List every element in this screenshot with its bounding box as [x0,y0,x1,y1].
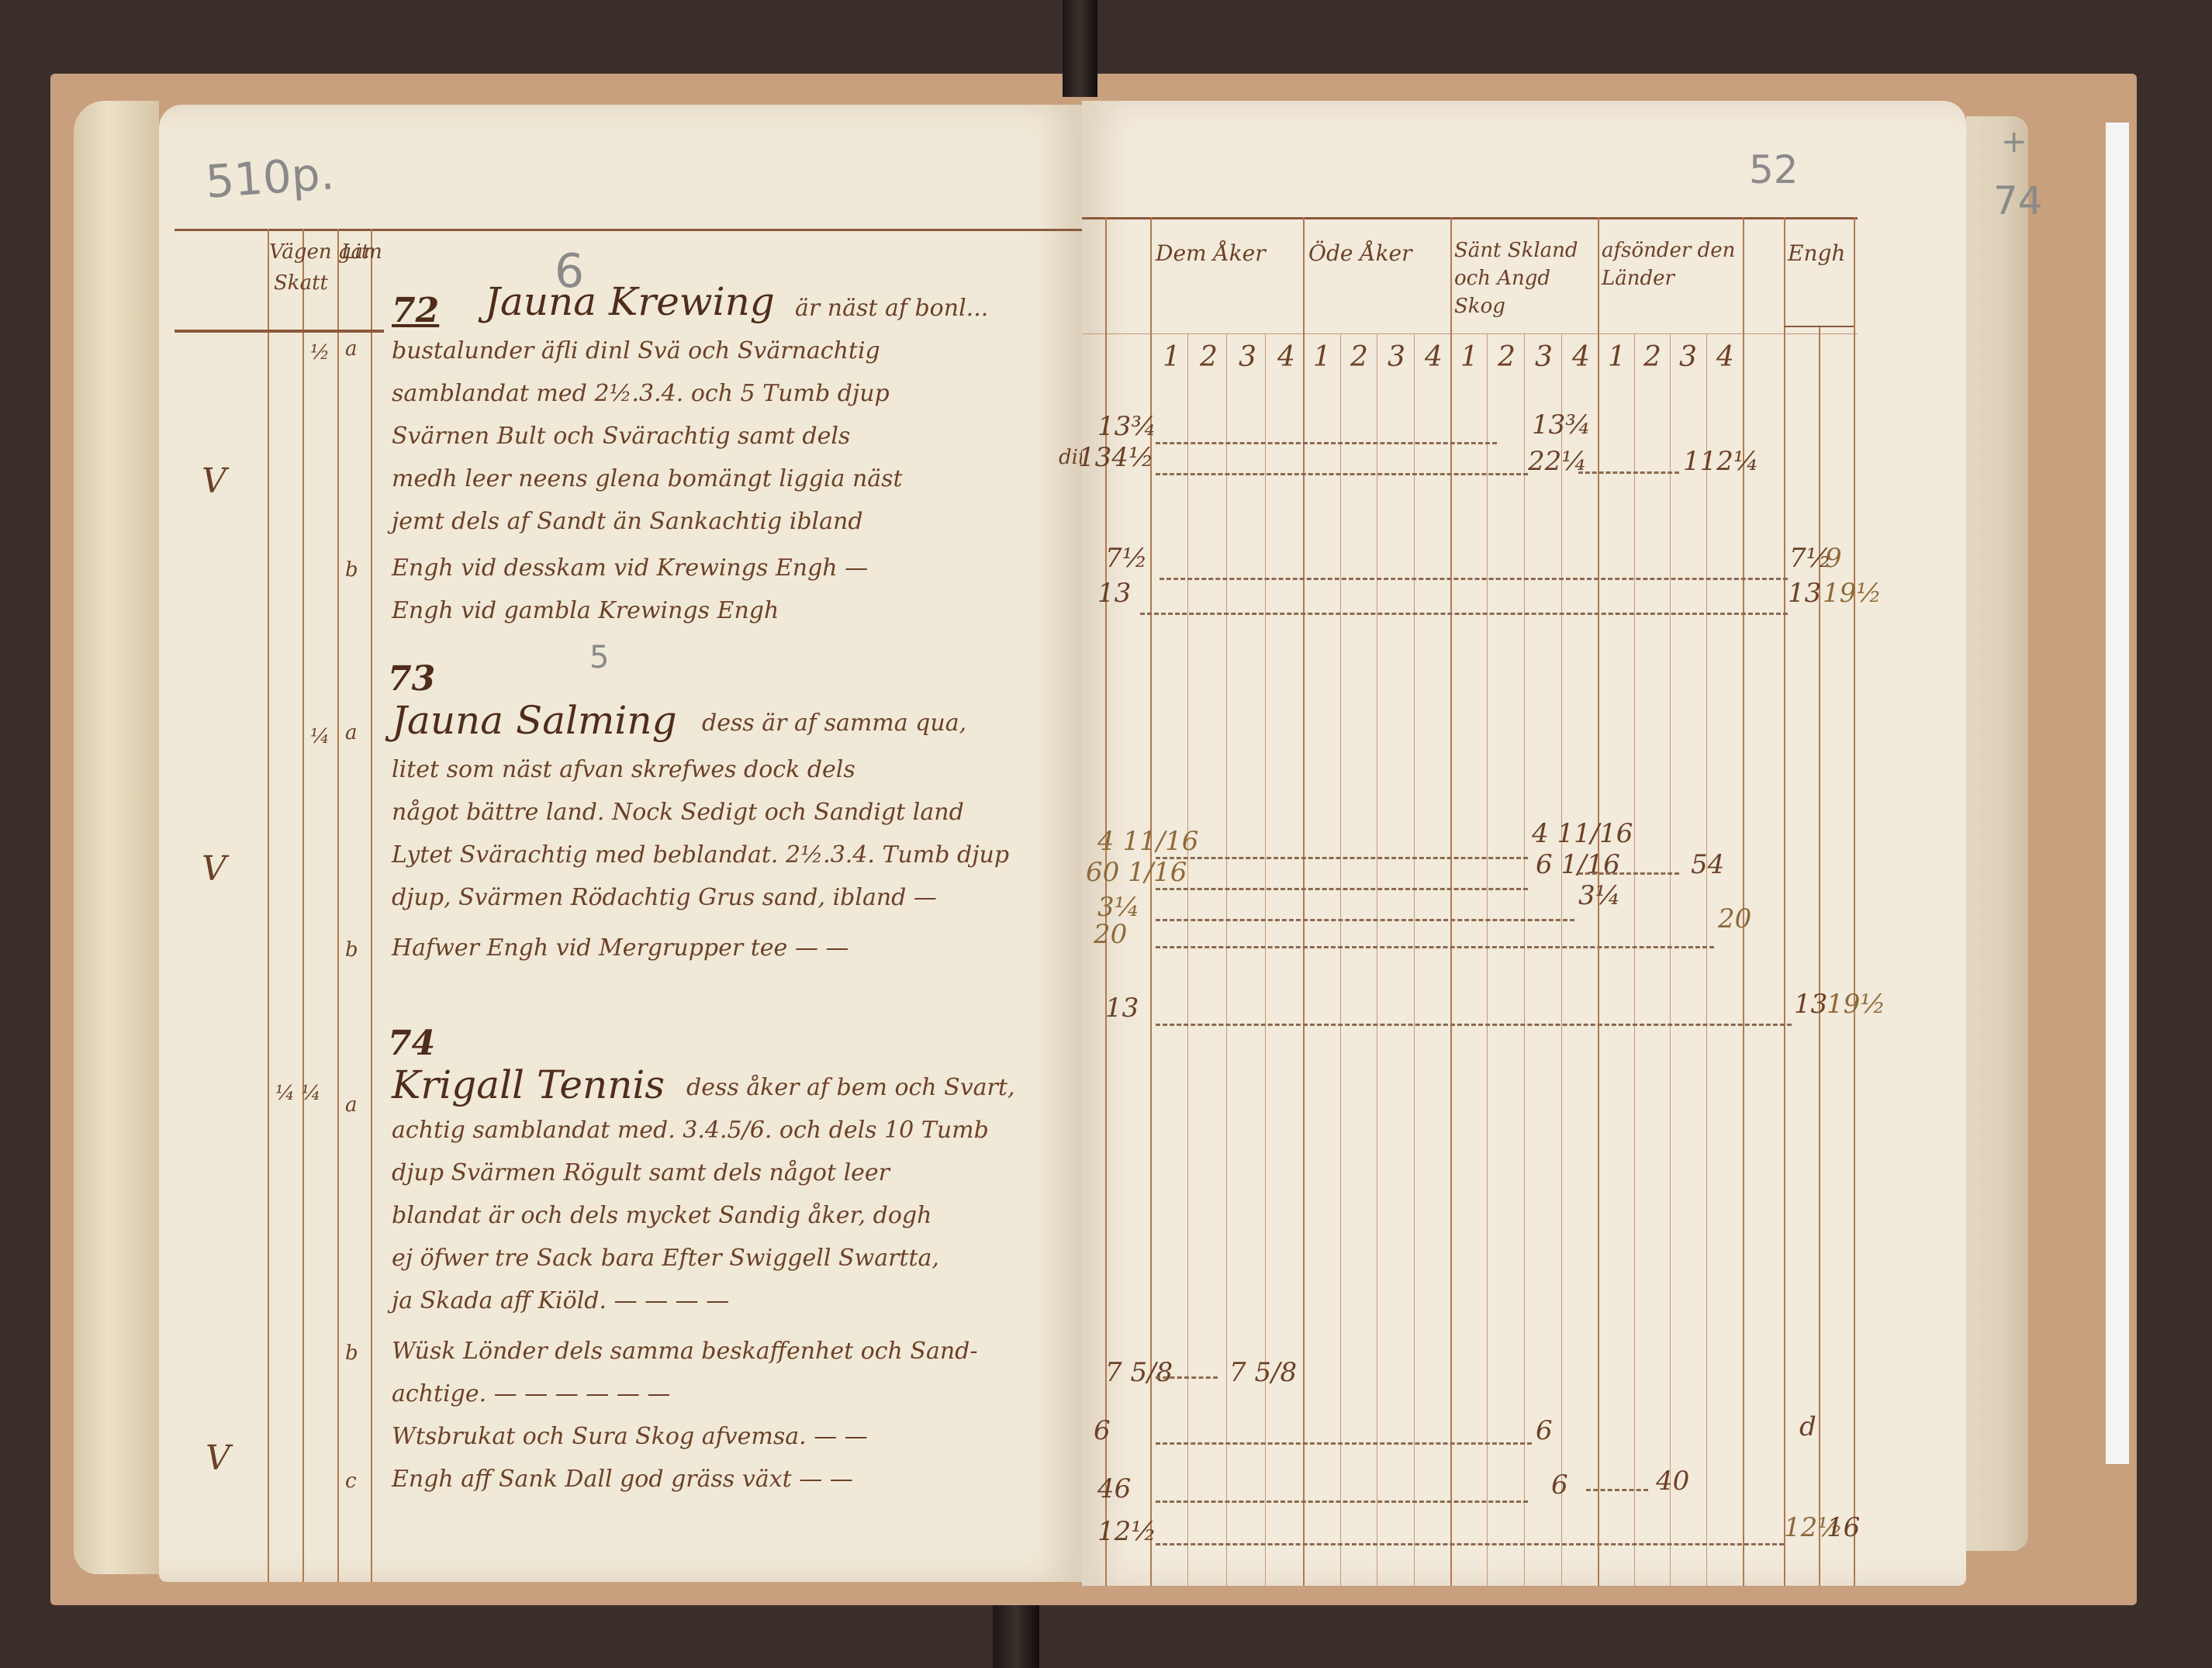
row-total: 3¼ [1097,892,1140,923]
group-line [1303,217,1305,1586]
subcolumn-number: 2 [1643,341,1661,373]
row-total: 7 5/8 [1105,1357,1173,1388]
margin-column-line-1 [268,229,269,1582]
subcolumn-line [1634,333,1635,1586]
cell-value: d [1799,1411,1816,1442]
subcolumn-number: 1 [1163,341,1180,373]
cell-value: 19½ [1823,578,1882,609]
engh-right-line [1854,217,1855,1586]
text-line: är näst af bonl... [795,295,988,322]
entry-number: 73 [388,659,435,699]
text-line: Wüsk Lönder dels samma beskaffenhet och … [392,1338,978,1365]
header-top-rule [1082,217,1858,219]
text-line: dess är af samma qua, [702,710,966,737]
cell-value: 3¼ [1578,880,1621,911]
book-spine-top [1063,0,1097,97]
cell-value: 19½ [1827,989,1885,1020]
group-line [1784,217,1785,1586]
cell-value: 13 [1794,989,1827,1020]
margin-column-line-3 [337,229,339,1582]
text-line: jemt dels af Sandt än Sankachtig ibland [392,508,863,535]
part-letter: c [345,1469,357,1493]
row-leader [1156,473,1528,475]
text-line: Svärnen Bult och Svärachtig samt dels [392,423,850,450]
row-leader [1578,471,1679,474]
margin-column-line-4 [371,229,372,1582]
pencil-folio-number: 52 [1749,147,1799,192]
subcolumn-line [1561,333,1562,1586]
row-leader [1156,946,1714,948]
cell-value: 6 [1551,1469,1568,1501]
subcolumn-number: 4 [1425,341,1443,373]
row-leader [1156,442,1497,444]
subcolumn-line [1226,333,1227,1586]
cell-value: 13¾ [1532,409,1591,440]
row-leader [1156,1376,1218,1379]
margin-fraction: ¼ [310,725,330,748]
row-total: 13¾ [1097,411,1156,442]
text-line: achtig samblandat med. 3.4.5/6. och dels… [392,1117,989,1144]
subcolumn-number: 1 [1608,341,1626,373]
cell-value: 4 11/16 [1532,818,1633,849]
row-total: 4 11/16 [1097,826,1198,857]
cell-value: 9 [1825,543,1842,574]
row-total: 6 [1094,1415,1111,1446]
text-line: Engh vid desskam vid Krewings Engh — [392,554,868,582]
subcolumn-number: 2 [1200,341,1218,373]
subcolumn-number: 2 [1498,341,1516,373]
column-header-engh: Engh [1788,240,1845,266]
cell-value: 7 5/8 [1229,1357,1297,1388]
subcolumn-line [1706,333,1707,1586]
entry-number: 72 [392,291,439,330]
text-line: litet som näst afvan skrefwes dock dels [392,756,855,783]
subcolumn-number: 4 [1716,341,1734,373]
part-letter: b [345,558,358,582]
subcolumn-line [1414,333,1415,1586]
row-leader [1578,872,1679,875]
subcolumn-number: 2 [1350,341,1368,373]
part-letter: b [345,938,358,962]
text-line: något bättre land. Nock Sedigt och Sandi… [392,799,964,826]
row-total: 13 [1097,578,1131,609]
subcolumn-line [1187,333,1188,1586]
text-line: Lytet Svärachtig med beblandat. 2½.3.4. … [392,841,1009,869]
subcolumn-line [1670,333,1671,1586]
pencil-mark: 5 [589,640,609,675]
text-line: Engh vid gambla Krewings Engh [392,597,779,624]
book-spine-bottom [993,1605,1039,1668]
cell-value: 16 [1827,1512,1860,1543]
text-line: Engh aff Sank Dall god gräss växt — — [392,1466,853,1493]
part-letter: a [345,337,358,361]
row-leader [1156,857,1528,859]
engh-header-underline [1784,326,1854,327]
row-leader [1160,578,1788,580]
row-leader [1156,1543,1784,1545]
cell-value: 40 [1656,1466,1689,1497]
subcolumn-number: 3 [1679,341,1697,373]
pencil-margin-number: 74 [1993,178,2043,223]
left-page: 510p. Vägen gam Skatt Lit 6 V V V 72 ½ a… [159,105,1082,1582]
row-total: 60 1/16 [1086,857,1187,888]
right-page: 52 + 74 Dem Åker Öde Åker Sänt Skland oc… [1082,101,1966,1586]
column-header-afsonder: afsönder den Länder [1602,237,1741,292]
text-line: bustalunder äfli dinl Svä och Svärnachti… [392,337,880,364]
subcolumn-number: 1 [1313,341,1331,373]
row-leader [1156,1024,1792,1026]
row-total: 134½ [1078,442,1154,473]
subcolumn-number: 3 [1535,341,1553,373]
cell-value: 6 [1536,1415,1553,1446]
column-header-dem-aker: Dem Åker [1156,240,1266,266]
group-line [1743,217,1744,1586]
row-total: 13 [1105,993,1139,1024]
row-leader [1156,888,1528,890]
cell-value: 6 1/16 [1536,849,1620,880]
subcolumn-number: 4 [1277,341,1295,373]
subcolumn-number: 4 [1572,341,1590,373]
margin-header-3: Lit [341,240,369,264]
text-line: achtige. — — — — — — [392,1380,670,1407]
text-line: samblandat med 2½.3.4. och 5 Tumb djup [392,380,890,407]
parcel-name: Jauna Salming [392,698,677,743]
text-line: ja Skada aff Kiöld. — — — — [392,1287,729,1314]
column-header-ode-aker: Öde Åker [1308,240,1412,266]
subcolumn-line [1340,333,1341,1586]
margin-column-line-2 [302,229,304,1582]
group-line [1450,217,1452,1586]
entry-number: 74 [388,1024,435,1063]
top-rule [175,229,1082,231]
margin-fraction: ¼ ¼ [275,1082,321,1105]
subcolumn-number: 1 [1460,341,1478,373]
header-bottom-rule [1082,333,1858,334]
row-leader [1156,1501,1528,1503]
text-line: Wtsbrukat och Sura Skog afvemsa. — — [392,1423,868,1450]
page-stack-right [1966,116,2028,1551]
text-line: djup, Svärmen Rödachtig Grus sand, iblan… [392,884,937,911]
check-mark-icon: V [206,1438,230,1478]
row-leader [1140,613,1788,615]
text-line: ej öfwer tre Sack bara Efter Swiggell Sw… [392,1245,939,1272]
subcolumn-line [1265,333,1266,1586]
row-total: 12½ [1097,1516,1156,1547]
cell-value: 13 [1788,578,1821,609]
cell-value: 112¼ [1683,446,1759,477]
subcolumn-line [1487,333,1488,1586]
part-letter: a [345,721,358,744]
check-mark-icon: V [202,461,226,501]
parcel-name: Krigall Tennis [392,1062,665,1107]
text-line: blandat är och dels mycket Sandig åker, … [392,1202,931,1229]
pencil-plus-mark: + [2001,124,2027,160]
subcolumn-line [1377,333,1377,1586]
row-total: 46 [1097,1473,1131,1504]
check-mark-icon: V [202,849,226,889]
row-leader [1156,1442,1532,1445]
row-total: 20 [1094,919,1127,950]
subcolumn-number: 3 [1388,341,1405,373]
cell-value: 20 [1718,903,1751,934]
column-header-skland: Sänt Skland och Angd Skog [1454,237,1594,320]
text-line: medh leer neens glena bomängt liggia näs… [392,465,903,492]
text-line: djup Svärmen Rögult samt dels något leer [392,1159,890,1186]
subcolumn-line [1524,333,1525,1586]
text-line: Hafwer Engh vid Mergrupper tee — — [392,934,849,962]
page-stack-left [74,101,159,1574]
row-leader [1156,919,1574,921]
part-letter: a [345,1093,358,1117]
text-line: dess åker af bem och Svart, [686,1074,1015,1101]
engh-sub-line [1819,326,1820,1586]
margin-header-2: Skatt [274,271,328,295]
part-letter: b [345,1342,358,1365]
blank-insert-sheet [2106,123,2129,1464]
row-leader [1586,1489,1648,1491]
subcolumn-number: 3 [1239,341,1256,373]
pencil-page-number-left: 510p. [204,147,336,208]
header-underline [175,330,384,333]
row-total: 7½ [1105,543,1148,574]
margin-fraction: ½ [310,341,330,364]
cell-value: 54 [1691,849,1724,880]
parcel-name: Jauna Krewing [485,279,775,324]
